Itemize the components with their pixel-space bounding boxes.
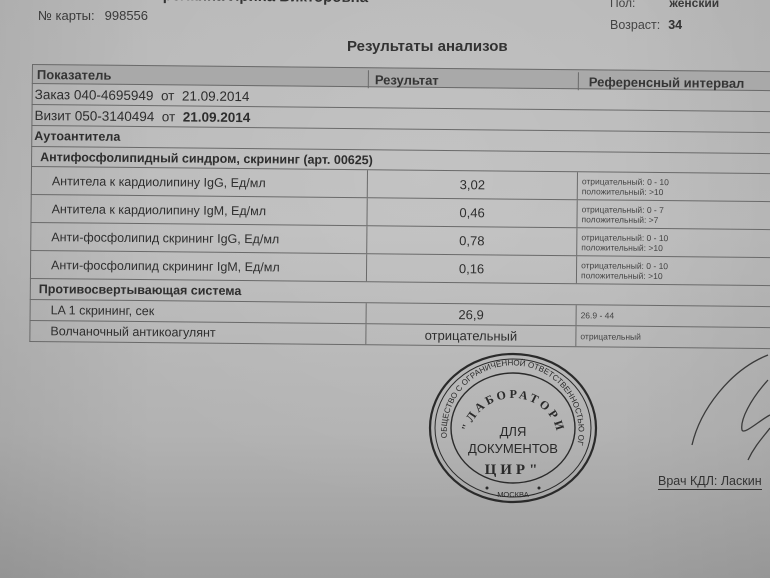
result-value: 26,9 xyxy=(366,303,576,325)
page-title: Результаты анализов xyxy=(347,38,508,55)
patient-name: Фролкина Ирина Викторовна xyxy=(150,0,368,6)
visit-date: 21.09.2014 xyxy=(183,109,251,125)
order-label: Заказ xyxy=(35,87,71,102)
stamp-bottom-text: ЦИР" xyxy=(485,462,542,478)
visit-label: Визит xyxy=(34,108,71,123)
result-value: 0,16 xyxy=(366,254,576,283)
card-number-value: 998556 xyxy=(105,8,148,23)
stamp-center-line1: ДЛЯ xyxy=(500,424,527,439)
age-value: 34 xyxy=(668,18,682,32)
result-value: 0,46 xyxy=(366,198,576,227)
result-value: 3,02 xyxy=(367,170,577,199)
reference-interval: отрицательный: 0 - 10 положительный: >10 xyxy=(576,256,770,285)
order-date: 21.09.2014 xyxy=(182,88,250,104)
reference-interval: отрицательный: 0 - 10 положительный: >10 xyxy=(577,172,770,201)
column-header-indicator: Показатель xyxy=(33,65,368,86)
laboratory-stamp: ОБЩЕСТВО С ОГРАНИЧЕННОЙ ОТВЕТСТВЕННОСТЬЮ… xyxy=(425,350,600,505)
sex-label: Пол: xyxy=(610,0,635,10)
card-number-label: № карты: xyxy=(38,8,95,23)
stamp-center-line2: ДОКУМЕНТОВ xyxy=(468,441,558,456)
visit-from: от xyxy=(162,109,176,124)
result-value: отрицательный xyxy=(365,324,575,346)
reference-interval: отрицательный: 0 - 10 положительный: >10 xyxy=(576,228,770,257)
age-label: Возраст: xyxy=(610,18,660,32)
reference-positive: положительный: >7 xyxy=(581,214,658,225)
reference-positive: положительный: >10 xyxy=(581,242,663,253)
indicator-name: Антитела к кардиолипину IgG, Ед/мл xyxy=(32,167,367,197)
indicator-name: Антитела к кардиолипину IgM, Ед/мл xyxy=(31,195,366,225)
card-number: № карты:998556 xyxy=(38,8,148,23)
order-number: 040-4695949 xyxy=(74,87,154,103)
reference-positive: положительный: >10 xyxy=(581,270,663,281)
indicator-name: Волчаночный антикоагулянт xyxy=(30,321,365,344)
indicator-name: Анти-фосфолипид скрининг IgG, Ед/мл xyxy=(31,223,366,253)
reference-interval: 26.9 - 44 xyxy=(576,305,770,327)
sex-value: женский xyxy=(669,0,719,10)
reference-positive: положительный: >10 xyxy=(582,186,664,197)
doctor-name: Врач КДЛ: Ласкин xyxy=(658,474,762,490)
doctor-signature xyxy=(680,340,770,470)
result-value: 0,78 xyxy=(366,226,576,255)
stamp-city: МОСКВА xyxy=(497,490,529,499)
patient-sex: Пол:женский xyxy=(610,0,719,10)
order-from: от xyxy=(161,88,175,103)
patient-age: Возраст:34 xyxy=(610,18,682,32)
reference-interval: отрицательный: 0 - 7 положительный: >7 xyxy=(576,200,770,229)
results-table: Показатель Результат Референсный интерва… xyxy=(29,64,770,349)
indicator-name: Анти-фосфолипид скрининг IgM, Ед/мл xyxy=(31,251,366,281)
indicator-name: LA 1 скрининг, сек xyxy=(31,300,366,323)
visit-number: 050-3140494 xyxy=(75,108,155,124)
